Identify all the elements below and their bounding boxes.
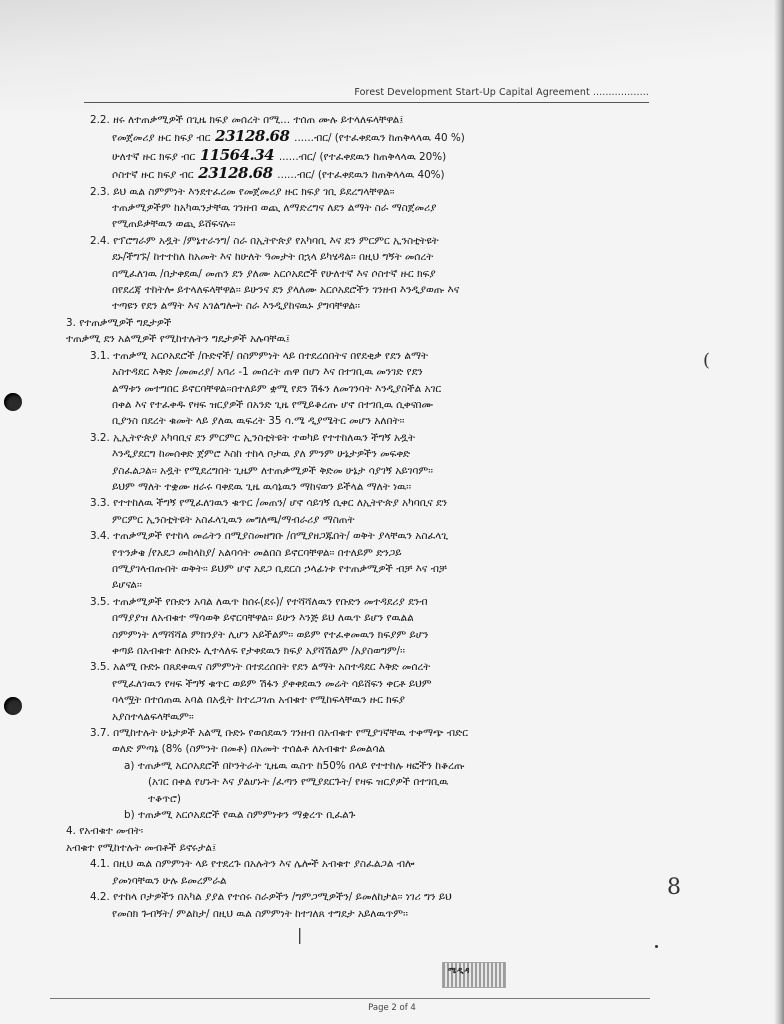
section-heading-line: 3.3. የተተከለዉ ችግኝ የሚፈለገዉን ቁጥር /መጠን/ ሆኖ ሳይገ…: [66, 495, 656, 511]
section-heading-line: 3. የተጠቃሚዎች ግዴታዎች: [66, 315, 656, 331]
section-line: ወለድ ምጣኔ (8% (ስምንት በመቶ) በአመት ተሰልቶ ለአብቁተ ይ…: [66, 741, 656, 757]
section-line: ባላሟት በተሰጠዉ አባል በአዷት ከተረጋገጠ አብቁተ የሚከፍላቸዉን…: [66, 692, 656, 708]
section-line: ያስፈልጋል፡፡ አዷት የሚደረግበት ጊዜም ለተጠቃሚዎች ቅድመ ሁኔታ…: [66, 463, 656, 479]
section-4-1: 4.1. በዚህ ዉል ስምምነት ላይ የተደረጉ በአሉትን እና ሌሎች …: [66, 856, 656, 889]
section-line: ተጠቃሚዎችም ከአካዉንታቸዉ ገንዘብ ወጪ ለማድረግና ለደን ልማት …: [66, 200, 656, 216]
section-3-4: 3.4. ተጠቃሚዎች የተከላ መሬትን በሚያስመዘግቡ /በሚያዘጋጁበት…: [66, 528, 656, 594]
section-3-1: 3.1. ተጠቃሚ አርሶአደሮች /ቡድኖች/ በስምምነት ላይ በተደረሰ…: [66, 348, 656, 430]
section-line: የመስክ ጉብኝት/ ምልከታ/ በዚህ ዉል ስምምነት ከተገለጸ ተግደታ…: [66, 906, 656, 922]
section-line: በቀል እና የተፈቀዱ የዛፍ ዝርያዎች በአንድ ጊዜ የሚይቆረጡ ሆኖ…: [66, 397, 656, 413]
section-heading-line: 3.4. ተጠቃሚዎች የተከላ መሬትን በሚያስመዘግቡ /በሚያዘጋጁበት…: [66, 528, 656, 544]
section-line: ያመነባቸዉን ሁሉ ይመረምራል: [66, 873, 656, 889]
section-4: 4. የአብቁተ መብት፡አብቁተ የሚከተሉት መብቶች ይኖሩታል፤: [66, 823, 656, 856]
installment-amount: 11564.34: [195, 147, 279, 164]
list-item-line: b) ተጠቃሚ አርሶአደሮች የዉል ስምምነቱን ማቋረጥ ቢፈልጉ: [66, 807, 656, 823]
section-line: ተጣዩን የደን ልማት እና አገልግሎት ስራ እንዲያከናዉኑ ያግባቸዋ…: [66, 298, 656, 314]
section-heading-line: 3.5. ተጠቃሚዎች የቡድን አባል ለዉጥ ከሰሩ(ደሩ)/ የተሻሻለዉ…: [66, 594, 656, 610]
section-heading-line: 2.4. የፕሮግራም አዷት /ምኔተራንግ/ ስራ በኢትዮጵያ የአካባቢ…: [66, 233, 656, 249]
section-line: አብቁተ የሚከተሉት መብቶች ይኖሩታል፤: [66, 840, 656, 856]
punch-hole: [4, 393, 22, 411]
installment-label: ሁለተኛ ዙር ክፍያ ብር: [112, 151, 195, 163]
section-3: 3. የተጠቃሚዎች ግዴታዎችተጠቃሚ ደን አልሚዎች የሚከተሉትን ግዴ…: [66, 315, 656, 348]
section-line: በማያያዝ ለአብቁተ ማሳወቅ ይኖርባቸዋል፡፡ ይሁን እንጅ ይህ ለዉ…: [66, 610, 656, 626]
scanned-document-page: Forest Development Start-Up Capital Agre…: [0, 0, 784, 1024]
page-number: Page 2 of 4: [0, 1003, 784, 1013]
section-line: ቢያንስ በደረት ቁመት ላይ ያለዉ ዉፍረት 35 ሳ.ሜ ዲያሜትር መ…: [66, 413, 656, 429]
margin-mark: 8: [667, 875, 681, 900]
list-item-line: ተቆጥሮ): [66, 791, 656, 807]
section-line: አስተዳደር እቅድ /መመሪያ/ አባሪ -1 መሰረት ጠዋ በሆነ እና …: [66, 364, 656, 380]
section-line: በሚያገላብጡበት ወቅት፡፡ ይህም ሆኖ አደጋ ቢደርስ ኃላፊነቱ የተ…: [66, 561, 656, 577]
installment-percent: ......ብር/ (የተፈቀደዉን ከጠቅላላዉ 40%): [277, 169, 444, 181]
installment-amount: 23128.68: [194, 165, 278, 182]
section-heading-line: 3.5. አልሚ ቡድኑ በጸደቀዉና ስምምነት በተደረሰበት የደን ልማ…: [66, 659, 656, 675]
section-4-2: 4.2. የተከላ ቦታዎችን በአካል ያያል የተሰሩ ስራዎችን /ግምጋ…: [66, 889, 656, 922]
section-line: ምርምር ኢንስቲትዩት አስፈላጊዉን መግለጫ/ማብራሪያ ማስጠት: [66, 512, 656, 528]
section-3-2: 3.2. ኢኢትዮጵያ አካባቢና ደን ምርምር ኢንስቲትዩት ተወካይ የ…: [66, 430, 656, 496]
section-line: ስምምነት ለማሻሻል ምክንያት ሊሆን አይችልም፡፡ ወይም የተፈቀመዉ…: [66, 627, 656, 643]
installment-percent: ......ብር/ (የተፈቀደዉን ከጠቅላላዉ 20%): [279, 151, 446, 163]
section-heading-line: 3.2. ኢኢትዮጵያ አካባቢና ደን ምርምር ኢንስቲትዩት ተወካይ የ…: [66, 430, 656, 446]
stamp-text: ሜዲዳ: [448, 966, 470, 976]
section-3-3: 3.3. የተተከለዉ ችግኝ የሚፈለገዉን ቁጥር /መጠን/ ሆኖ ሳይገ…: [66, 495, 656, 528]
installment-row: የመጀመሪያ ዙር ክፍያ ብር 23128.68 ......ብር/ (የተፈ…: [66, 128, 656, 146]
section-3-5a: 3.5. ተጠቃሚዎች የቡድን አባል ለዉጥ ከሰሩ(ደሩ)/ የተሻሻለዉ…: [66, 594, 656, 660]
section-line: ተጠቃሚ ደን አልሚዎች የሚከተሉትን ግዴታዎች አሉባቸዉ፤: [66, 331, 656, 347]
section-heading-line: 3.1. ተጠቃሚ አርሶአደሮች /ቡድኖች/ በስምምነት ላይ በተደረሰ…: [66, 348, 656, 364]
section-line: አያስተላልፍላቸዉም፡፡: [66, 709, 656, 725]
section-heading-line: 2.3. ይህ ዉል ስምምነት እንደተፈረመ የመጀመሪያ ዙር ክፍያ ገ…: [66, 184, 656, 200]
installment-amount: 23128.68: [210, 128, 294, 145]
header-title: Forest Development Start-Up Capital Agre…: [354, 87, 589, 98]
scan-speck: [655, 945, 658, 948]
installment-label: ሶስተኛ ዙር ክፍያ ብር: [112, 169, 194, 181]
section-heading-line: 4.1. በዚህ ዉል ስምምነት ላይ የተደረጉ በአሉትን እና ሌሎች …: [66, 856, 656, 872]
section-heading-line: 4. የአብቁተ መብት፡: [66, 823, 656, 839]
section-2-4: 2.4. የፕሮግራም አዷት /ምኔተራንግ/ ስራ በኢትዮጵያ የአካባቢ…: [66, 233, 656, 315]
section-line: በሚፈለገዉ /በታቀደዉ/ መጠን ደን ያለሙ አርሶአደሮች የሁለተኛ …: [66, 266, 656, 282]
installment-percent: ......ብር/ (የተፈቀደዉን ከጠቅላላዉ 40 %): [294, 132, 465, 144]
section-line: ይህም ማለት ተቋሙ ዘራሩ ባቀደዉ ጊዜ ዉሳኔዉን ማከናወን ይችላል…: [66, 479, 656, 495]
page-edge: [774, 0, 784, 1024]
section-line: የሚጠይቃቸዉን ወጪ ይሸፍናሉ፡፡: [66, 216, 656, 232]
footer-divider: [50, 998, 650, 999]
list-item-line: (አገር በቀል የሆኑት እና ያልሆኑት /ፈጣን የሚያደርጉት/ የዛፍ…: [66, 774, 656, 790]
margin-mark: |: [297, 925, 302, 944]
section-line: ቀጣይ በአብቁተ ለቡድኑ ሊተላለፍ የታቀደዉን ክፍያ አያሻሽልም /…: [66, 643, 656, 659]
section-3-7: 3.7. በሚከተሉት ሁኔታዎች አልሚ ቡድኑ የወሰደዉን ገንዘብ በአ…: [66, 725, 656, 823]
section-line: የጥንቃቄ /የአደጋ መከላከያ/ አልባሳት መልበስ ይኖርባቸዋል፡፡ …: [66, 545, 656, 561]
header-trailing: ..................: [593, 87, 649, 98]
section-3-5b: 3.5. አልሚ ቡድኑ በጸደቀዉና ስምምነት በተደረሰበት የደን ልማ…: [66, 659, 656, 725]
installment-row: ሶስተኛ ዙር ክፍያ ብር 23128.68 ......ብር/ (የተፈቀደ…: [66, 165, 656, 183]
section-2-3: 2.3. ይህ ዉል ስምምነት እንደተፈረመ የመጀመሪያ ዙር ክፍያ ገ…: [66, 184, 656, 233]
margin-mark: (: [703, 350, 710, 371]
document-body: 2.2. ዘሩ ለተጠቃሚዎች በጊዜ ክፍያ መሰረት በሚ... ተሰጠ ሙ…: [66, 112, 656, 922]
installment-label: የመጀመሪያ ዙር ክፍያ ብር: [112, 132, 210, 144]
section-heading-line: 3.7. በሚከተሉት ሁኔታዎች አልሚ ቡድኑ የወሰደዉን ገንዘብ በአ…: [66, 725, 656, 741]
page-header: Forest Development Start-Up Capital Agre…: [84, 82, 649, 103]
list-item-line: a) ተጠቃሚ አርሶአደሮች በኮንትራት ጊዜዉ ዉስጥ ከ50% በላይ …: [66, 758, 656, 774]
installment-row: ሁለተኛ ዙር ክፍያ ብር 11564.34 ......ብር/ (የተፈቀደ…: [66, 147, 656, 165]
section-line: ልማቱን መተግበር ይኖርባቸዋል፡፡በተለይም ቋሚ የደን ሽፋን ለመገ…: [66, 381, 656, 397]
section-line: ደኑ/ችግኙ/ ከተተከለ ከአመት እና ከሁለት ዓመታት በኋላ ይካሄዳ…: [66, 249, 656, 265]
section-line: 2.2. ዘሩ ለተጠቃሚዎች በጊዜ ክፍያ መሰረት በሚ... ተሰጠ ሙ…: [66, 112, 656, 128]
section-line: እንዲያደርግ ከመሰቀድ ጀምሮ እስከ ተከላ ቦታዉ ያለ ምንም ሁኔታ…: [66, 446, 656, 462]
section-2-2: 2.2. ዘሩ ለተጠቃሚዎች በጊዜ ክፍያ መሰረት በሚ... ተሰጠ ሙ…: [66, 112, 656, 184]
section-heading-line: 4.2. የተከላ ቦታዎችን በአካል ያያል የተሰሩ ስራዎችን /ግምጋ…: [66, 889, 656, 905]
section-line: ይሆናል፡፡: [66, 577, 656, 593]
punch-hole: [4, 697, 22, 715]
section-line: የሚፈለገዉን የዛፍ ችግኝ ቁጥር ወይም ሽፋን ያቀቀደዉን መሬት ሳ…: [66, 676, 656, 692]
section-line: በየደረጃ ተከትሎ ይተላለፍላቸዋል፡፡ ይሁንና ደን ያላለሙ አርሶአ…: [66, 282, 656, 298]
